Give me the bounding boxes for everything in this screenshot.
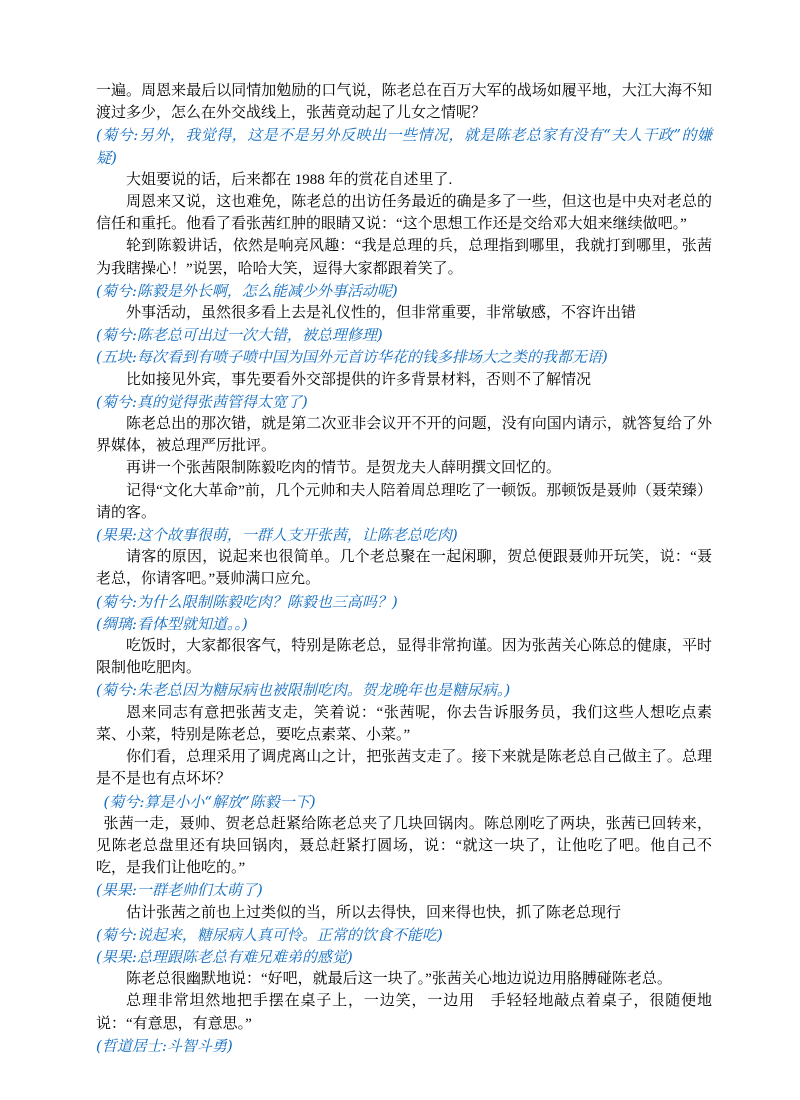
paragraph: 陈老总出的那次错，就是第二次亚非会议开不开的问题，没有向国内请示，就答复给了外界… bbox=[96, 413, 712, 457]
comment-line: (菊兮:陈毅是外长啊，怎么能减少外事活动呢) bbox=[96, 280, 712, 302]
paragraph: 总理非常坦然地把手摆在桌子上，一边笑，一边用 手轻轻地敲点着桌子，很随便地说：“… bbox=[96, 990, 712, 1034]
comment-line: (菊兮:真的觉得张茜管得太宽了) bbox=[96, 391, 712, 413]
paragraph: 轮到陈毅讲话，依然是响亮风趣：“我是总理的兵，总理指到哪里，我就打到哪里，张茜为… bbox=[96, 235, 712, 279]
document-page: 一遍。周恩来最后以同情加勉励的口气说，陈老总在百万大军的战场如履平地，大江大海不… bbox=[0, 0, 800, 1100]
paragraph: 恩来同志有意把张茜支走，笑着说：“张茜呢，你去告诉服务员，我们这些人想吃点素菜、… bbox=[96, 702, 712, 746]
comment-line: (果果:一群老帅们太萌了) bbox=[96, 879, 712, 901]
paragraph: 一遍。周恩来最后以同情加勉励的口气说，陈老总在百万大军的战场如履平地，大江大海不… bbox=[96, 80, 712, 124]
comment-line: (果果:这个故事很萌，一群人支开张茜，让陈老总吃肉) bbox=[96, 524, 712, 546]
paragraph: 再讲一个张茜限制陈毅吃肉的情节。是贺龙夫人薛明撰文回忆的。 bbox=[96, 457, 712, 479]
comment-line: (果果:总理跟陈老总有难兄难弟的感觉) bbox=[96, 946, 712, 968]
comment-line: (五块:每次看到有喷子喷中国为国外元首访华花的钱多排场大之类的我都无语) bbox=[96, 346, 712, 368]
paragraph: 张茜一走，聂帅、贺老总赶紧给陈老总夹了几块回锅肉。陈总刚吃了两块，张茜已回转来，… bbox=[96, 813, 712, 880]
paragraph: 请客的原因，说起来也很简单。几个老总聚在一起闲聊，贺总便跟聂帅开玩笑，说：“聂老… bbox=[96, 546, 712, 590]
comment-line: (菊兮:朱老总因为糖尿病也被限制吃肉。贺龙晚年也是糖尿病。) bbox=[96, 679, 712, 701]
paragraph: 外事活动，虽然很多看上去是礼仪性的，但非常重要，非常敏感，不容许出错 bbox=[96, 302, 712, 324]
comment-line: (菊兮:为什么限制陈毅吃肉？陈毅也三高吗？) bbox=[96, 591, 712, 613]
paragraph: 你们看，总理采用了调虎离山之计，把张茜支走了。接下来就是陈老总自己做主了。总理是… bbox=[96, 746, 712, 790]
comment-line: (绸璃:看体型就知道。。) bbox=[96, 613, 712, 635]
comment-line: (菊兮:算是小小“解放”陈毅一下) bbox=[96, 791, 712, 813]
paragraph: 吃饭时，大家都很客气，特别是陈老总，显得非常拘谨。因为张茜关心陈总的健康，平时限… bbox=[96, 635, 712, 679]
document-content: 一遍。周恩来最后以同情加勉励的口气说，陈老总在百万大军的战场如履平地，大江大海不… bbox=[96, 80, 712, 1057]
comment-line: (哲道居士:斗智斗勇) bbox=[96, 1035, 712, 1057]
paragraph: 陈老总很幽默地说：“好吧，就最后这一块了。”张茜关心地边说边用胳膊碰陈老总。 bbox=[96, 968, 712, 990]
comment-line: (菊兮:另外，我觉得，这是不是另外反映出一些情况，就是陈老总家有没有“夫人干政”… bbox=[96, 124, 712, 168]
paragraph: 估计张茜之前也上过类似的当，所以去得快，回来得也快，抓了陈老总现行 bbox=[96, 902, 712, 924]
paragraph: 比如接见外宾，事先要看外交部提供的许多背景材料，否则不了解情况 bbox=[96, 369, 712, 391]
comment-line: (菊兮:说起来，糖尿病人真可怜。正常的饮食不能吃) bbox=[96, 924, 712, 946]
comment-line: (菊兮:陈老总可出过一次大错，被总理修理) bbox=[96, 324, 712, 346]
paragraph: 周恩来又说，这也难免，陈老总的出访任务最近的确是多了一些，但这也是中央对老总的信… bbox=[96, 191, 712, 235]
paragraph: 大姐要说的话，后来都在 1988 年的赏花自述里了. bbox=[96, 169, 712, 191]
paragraph: 记得“文化大革命”前，几个元帅和夫人陪着周总理吃了一顿饭。那顿饭是聂帅（聂荣臻）… bbox=[96, 480, 712, 524]
